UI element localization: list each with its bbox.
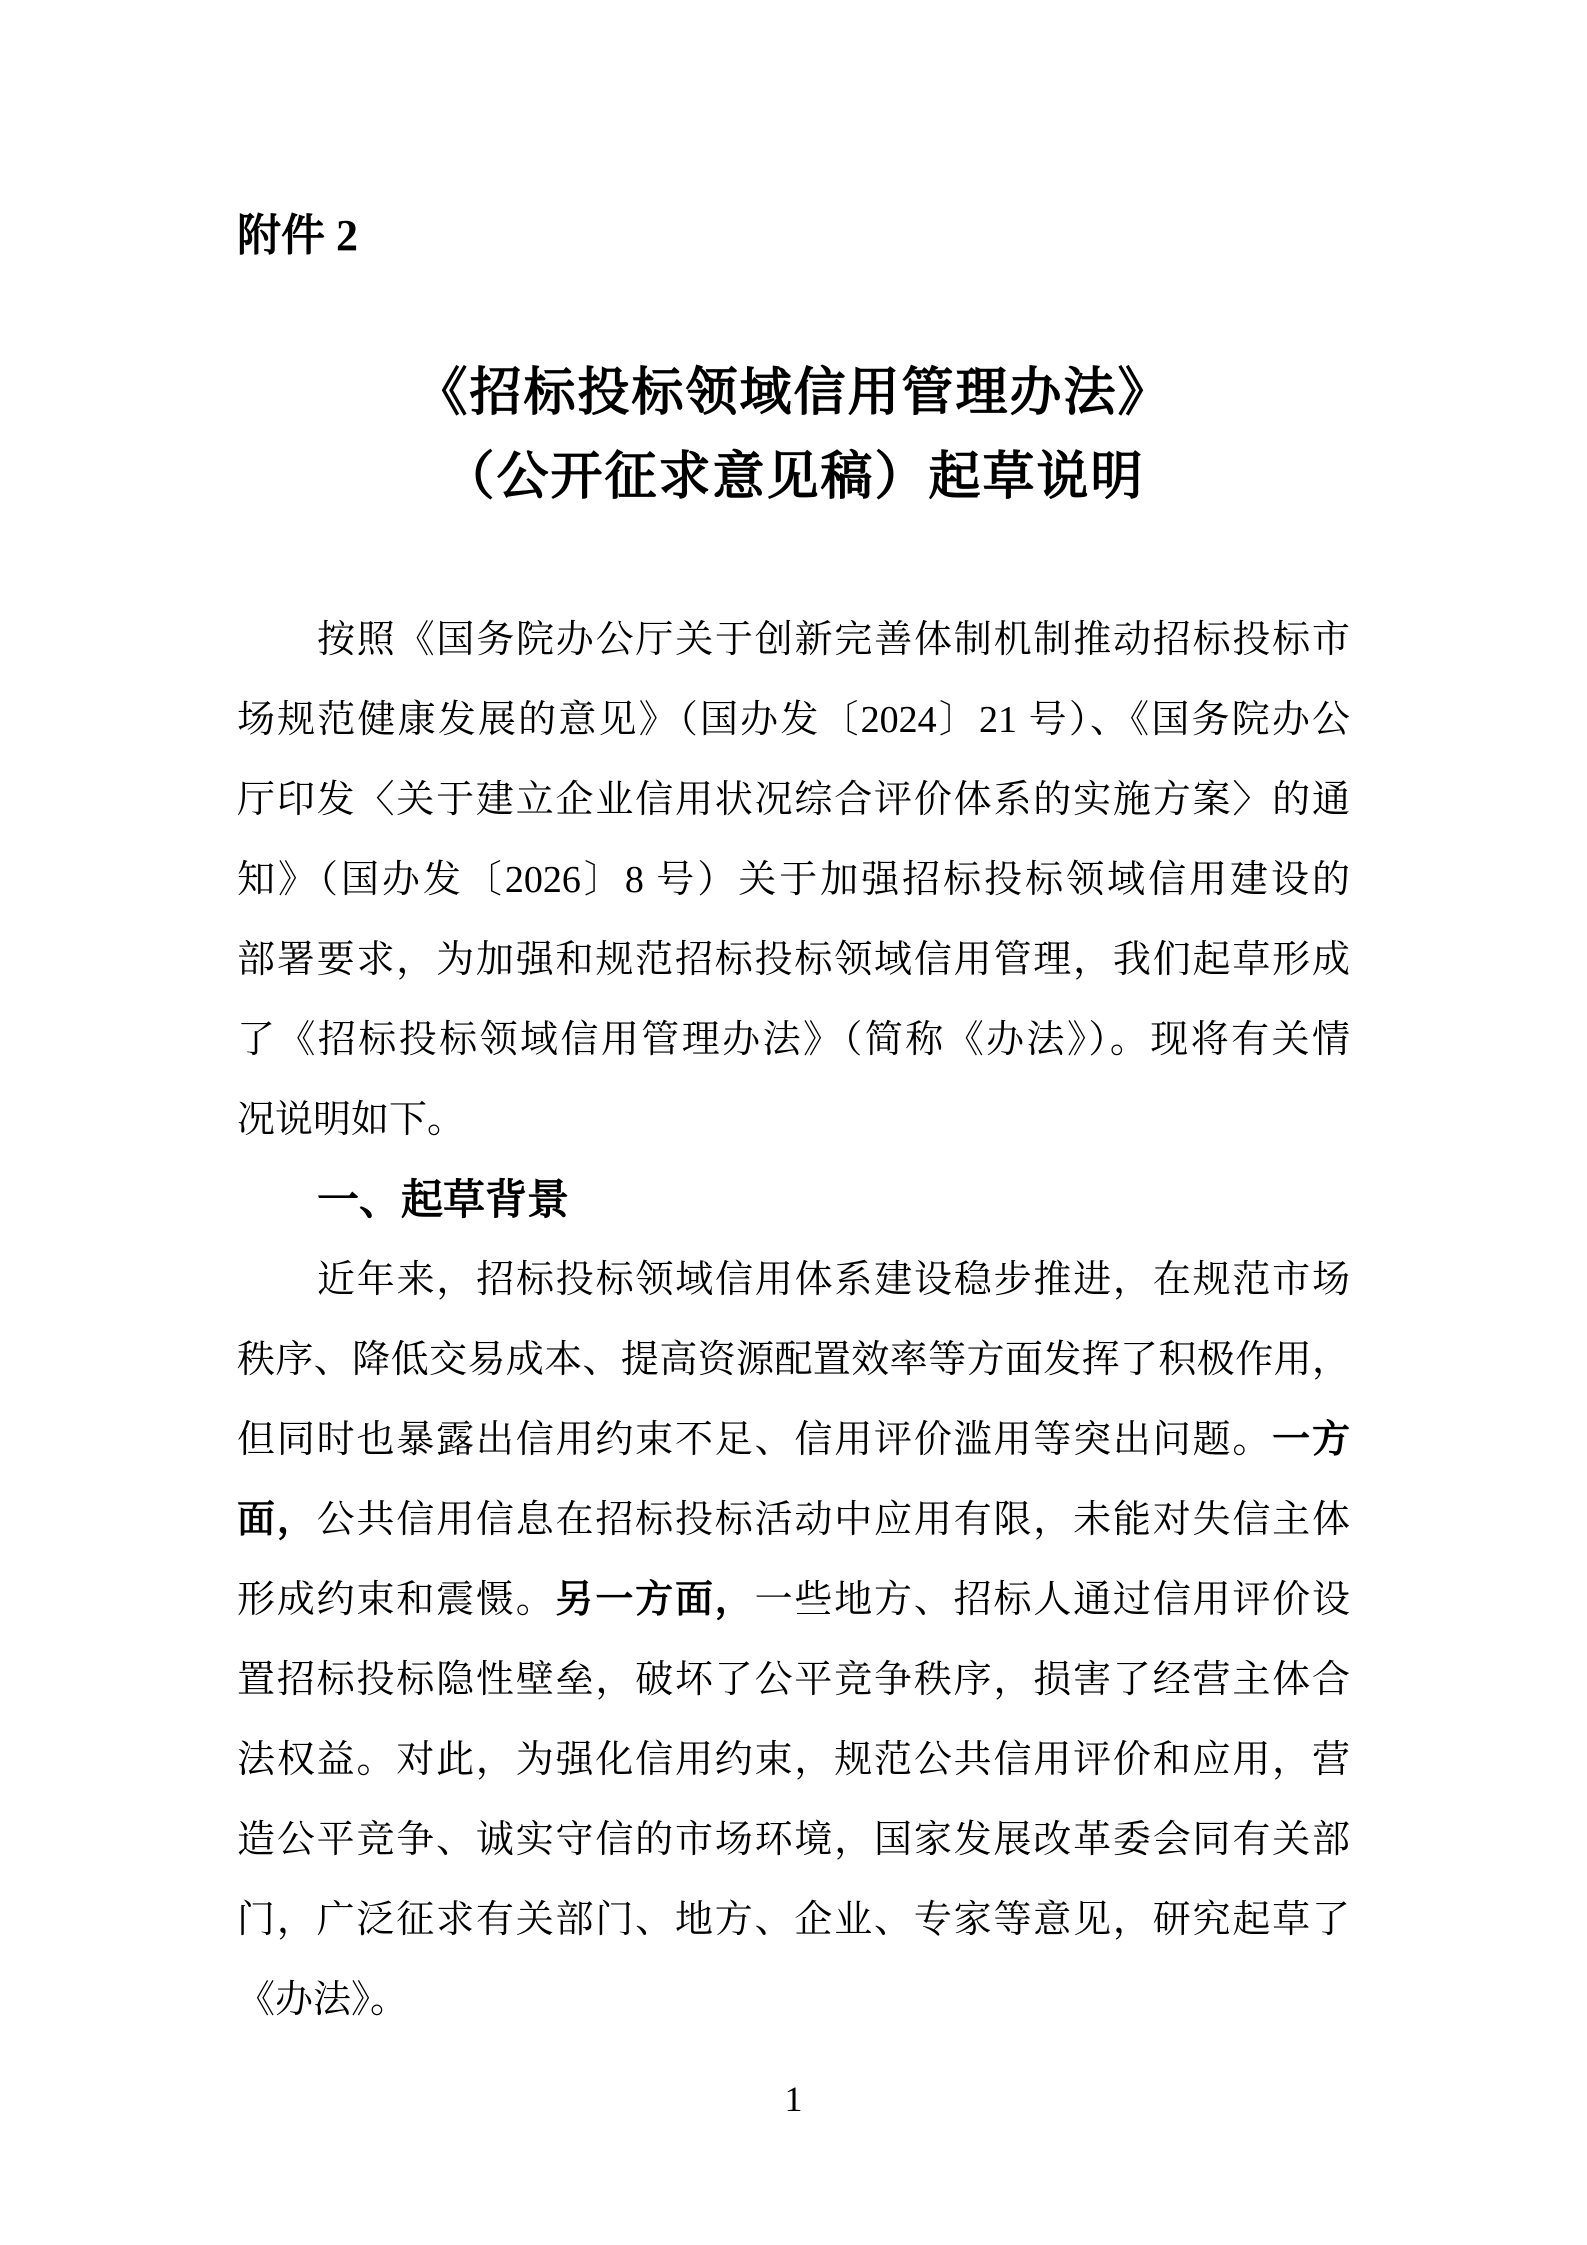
page-number: 1 [0, 2080, 1587, 2118]
text-run: 形成约束和震慑。 [237, 1579, 556, 1621]
body-line: 厅印发〈关于建立企业信用状况综合评价体系的实施方案〉的通 [237, 760, 1350, 840]
text-run: 但同时也暴露出信用约束不足、信用评价滥用等突出问题。 [237, 1419, 1272, 1461]
text-run: 置招标投标隐性壁垒，破坏了公平竞争秩序，损害了经营主体合 [237, 1659, 1350, 1701]
section-heading: 一、起草背景 [237, 1160, 1350, 1240]
text-run: 了《招标投标领域信用管理办法》（简称《办法》）。现将有关情 [237, 1019, 1350, 1061]
text-run: 门，广泛征求有关部门、地方、企业、专家等意见，研究起草了 [237, 1899, 1350, 1941]
text-run: 秩序、降低交易成本、提高资源配置效率等方面发挥了积极作用， [237, 1339, 1350, 1381]
body-line: 门，广泛征求有关部门、地方、企业、专家等意见，研究起草了 [237, 1880, 1350, 1960]
text-run: 近年来，招标投标领域信用体系建设稳步推进，在规范市场 [317, 1259, 1350, 1301]
text-run: 知》（国办发〔2026〕8 号）关于加强招标投标领域信用建设的 [237, 859, 1350, 901]
body-line: 造公平竞争、诚实守信的市场环境，国家发展改革委会同有关部 [237, 1800, 1350, 1880]
body-line: 形成约束和震慑。另一方面，一些地方、招标人通过信用评价设 [237, 1560, 1350, 1640]
text-run: 法权益。对此，为强化信用约束，规范公共信用评价和应用，营 [237, 1739, 1350, 1781]
body-line: 但同时也暴露出信用约束不足、信用评价滥用等突出问题。一方 [237, 1400, 1350, 1480]
body-line: 知》（国办发〔2026〕8 号）关于加强招标投标领域信用建设的 [237, 840, 1350, 920]
body-line: 了《招标投标领域信用管理办法》（简称《办法》）。现将有关情 [237, 1000, 1350, 1080]
text-run: 《办法》。 [237, 1979, 408, 2021]
body-line: 《办法》。 [237, 1960, 1350, 2040]
document-body: 按照《国务院办公厅关于创新完善体制机制推动招标投标市场规范健康发展的意见》（国办… [237, 600, 1350, 2040]
title-line-2: （公开征求意见稿）起草说明 [0, 436, 1587, 520]
text-run: 况说明如下。 [237, 1099, 465, 1141]
document-title: 《招标投标领域信用管理办法》 （公开征求意见稿）起草说明 [0, 352, 1587, 520]
text-run: 造公平竞争、诚实守信的市场环境，国家发展改革委会同有关部 [237, 1819, 1350, 1861]
bold-text-run: 面， [237, 1499, 317, 1541]
text-run: 按照《国务院办公厅关于创新完善体制机制推动招标投标市 [317, 619, 1350, 661]
body-line: 置招标投标隐性壁垒，破坏了公平竞争秩序，损害了经营主体合 [237, 1640, 1350, 1720]
text-run: 一些地方、招标人通过信用评价设 [755, 1579, 1350, 1621]
body-line: 法权益。对此，为强化信用约束，规范公共信用评价和应用，营 [237, 1720, 1350, 1800]
document-page: 附件 2 《招标投标领域信用管理办法》 （公开征求意见稿）起草说明 按照《国务院… [0, 0, 1587, 2245]
body-line: 秩序、降低交易成本、提高资源配置效率等方面发挥了积极作用， [237, 1320, 1350, 1400]
body-line: 近年来，招标投标领域信用体系建设稳步推进，在规范市场 [237, 1240, 1350, 1320]
body-line: 部署要求，为加强和规范招标投标领域信用管理，我们起草形成 [237, 920, 1350, 1000]
text-run: 场规范健康发展的意见》（国办发〔2024〕21 号）、《国务院办公 [237, 699, 1350, 741]
text-run: 公共信用信息在招标投标活动中应用有限，未能对失信主体 [317, 1499, 1350, 1541]
text-run: 部署要求，为加强和规范招标投标领域信用管理，我们起草形成 [237, 939, 1350, 981]
body-line: 况说明如下。 [237, 1080, 1350, 1160]
bold-text-run: 一、起草背景 [317, 1176, 569, 1223]
body-line: 面，公共信用信息在招标投标活动中应用有限，未能对失信主体 [237, 1480, 1350, 1560]
text-run: 厅印发〈关于建立企业信用状况综合评价体系的实施方案〉的通 [237, 779, 1350, 821]
attachment-label: 附件 2 [237, 212, 358, 260]
body-line: 场规范健康发展的意见》（国办发〔2024〕21 号）、《国务院办公 [237, 680, 1350, 760]
bold-text-run: 一方 [1272, 1419, 1350, 1461]
body-line: 按照《国务院办公厅关于创新完善体制机制推动招标投标市 [237, 600, 1350, 680]
bold-text-run: 另一方面， [556, 1579, 755, 1621]
title-line-1: 《招标投标领域信用管理办法》 [0, 352, 1587, 436]
